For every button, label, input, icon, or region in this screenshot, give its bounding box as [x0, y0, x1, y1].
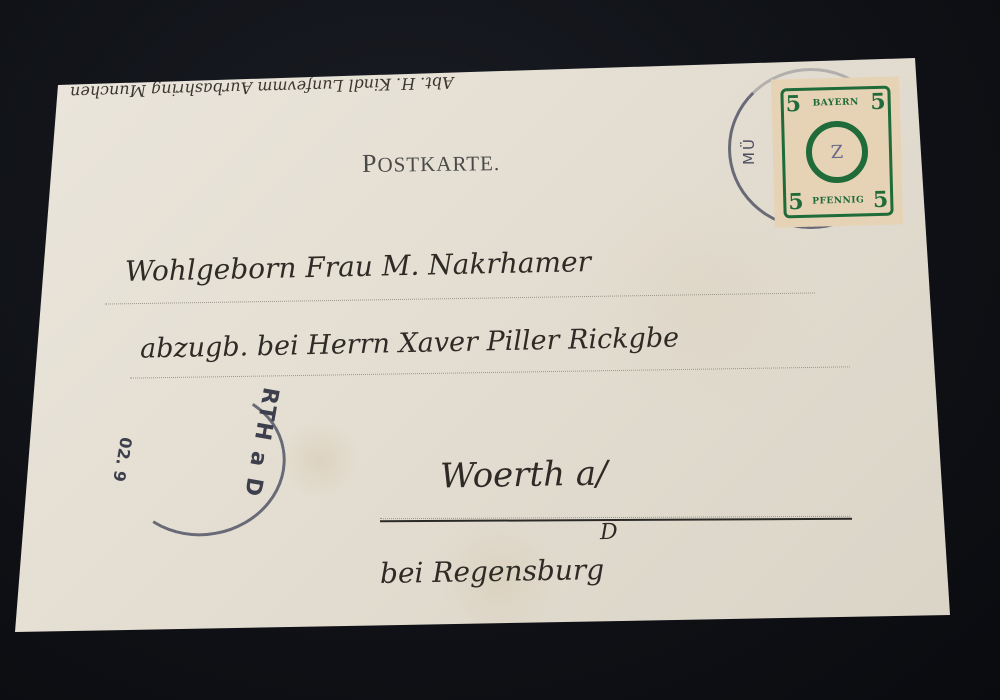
stamp-frame: 5 BAYERN 5 Z 5 PFENNIG 5: [780, 86, 893, 219]
stamp-value-bottom-right: 5: [873, 187, 889, 213]
postmark-top-text: MÜ: [740, 137, 758, 165]
coat-of-arms-icon: Z: [805, 120, 869, 184]
address-town: Woerth a/: [440, 454, 608, 497]
title-rest: OSTKARTE.: [377, 151, 500, 177]
stamp-bottom-row: 5 PFENNIG 5: [786, 187, 891, 216]
stamp-value-bottom-left: 5: [788, 189, 804, 215]
stamp-country: BAYERN: [813, 97, 859, 108]
title-initial: P: [362, 149, 378, 178]
stamp-denomination: PFENNIG: [812, 195, 864, 206]
address-region: bei Regensburg: [380, 553, 605, 590]
stamp-value-top-left: 5: [785, 91, 801, 117]
stamp-top-row: 5 BAYERN 5: [783, 89, 888, 118]
address-town-suffix: D: [600, 520, 618, 545]
postkarte-title: POSTKARTE.: [362, 147, 501, 179]
postage-stamp: 5 BAYERN 5 Z 5 PFENNIG 5: [771, 76, 903, 227]
stamp-value-top-right: 5: [870, 89, 886, 115]
